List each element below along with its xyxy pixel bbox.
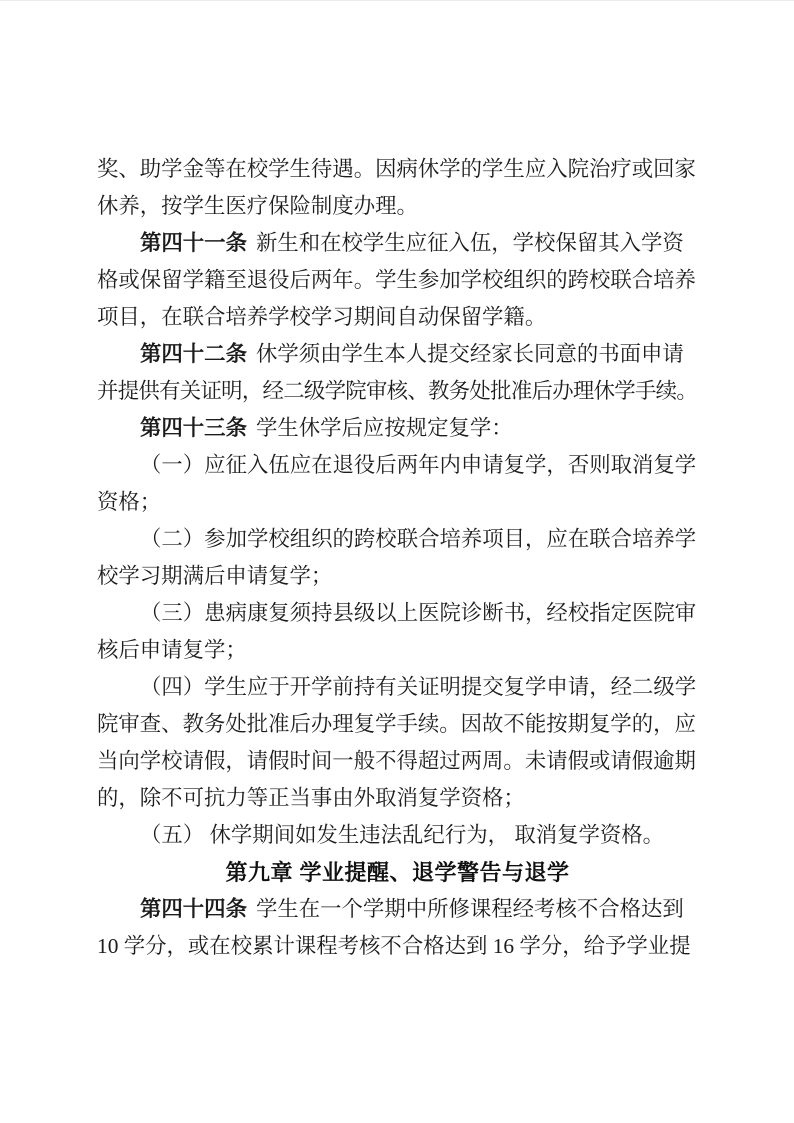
line-text: 并提供有关证明，经二级学院审核、教务处批准后办理休学手续。	[97, 379, 697, 403]
line-text: 学生休学后应按规定复学：	[256, 416, 513, 440]
line-text: 休养，按学生医疗保险制度办理。	[97, 194, 418, 218]
line-text: （三）患病康复须持县级以上医院诊断书，经校指定医院审	[140, 601, 696, 625]
line-text: （五） 休学期间如发生违法乱纪行为， 取消复学资格。	[140, 823, 664, 847]
text-line: 格或保留学籍至退役后两年。学生参加学校组织的跨校联合培养	[97, 262, 698, 299]
text-line: 第四十三条学生休学后应按规定复学：	[97, 410, 698, 447]
document-page: 奖、助学金等在校学生待遇。因病休学的学生应入院治疗或回家 休养，按学生医疗保险制…	[0, 0, 794, 1123]
document-body: 奖、助学金等在校学生待遇。因病休学的学生应入院治疗或回家 休养，按学生医疗保险制…	[97, 151, 698, 965]
line-text: （一）应征入伍应在退役后两年内申请复学，否则取消复学	[140, 453, 696, 477]
text-line: 校学习期满后申请复学；	[97, 558, 698, 595]
article-number: 第四十一条	[140, 231, 247, 255]
text-line: 休养，按学生医疗保险制度办理。	[97, 188, 698, 225]
text-line: 第四十四条学生在一个学期中所修课程经考核不合格达到	[97, 891, 698, 928]
article-number: 第四十四条	[140, 897, 247, 921]
text-line: 奖、助学金等在校学生待遇。因病休学的学生应入院治疗或回家	[97, 151, 698, 188]
line-text: 10 学分，或在校累计课程考核不合格达到 16 学分，给予学业提	[97, 934, 691, 958]
line-text: （二）参加学校组织的跨校联合培养项目，应在联合培养学	[140, 527, 696, 551]
line-text: （四）学生应于开学前持有关证明提交复学申请，经二级学	[140, 675, 696, 699]
line-text: 学生在一个学期中所修课程经考核不合格达到	[256, 897, 684, 921]
article-number: 第四十三条	[140, 416, 247, 440]
text-line: （五） 休学期间如发生违法乱纪行为， 取消复学资格。	[97, 817, 698, 854]
chapter-heading: 第九章 学业提醒、退学警告与退学	[97, 854, 698, 891]
text-line: 项目，在联合培养学校学习期间自动保留学籍。	[97, 299, 698, 336]
line-text: 当向学校请假，请假时间一般不得超过两周。未请假或请假逾期	[97, 749, 696, 773]
chapter-heading-text: 第九章 学业提醒、退学警告与退学	[225, 860, 569, 885]
line-text: 核后申请复学；	[97, 638, 247, 662]
text-line: 院审查、教务处批准后办理复学手续。因故不能按期复学的，应	[97, 706, 698, 743]
line-text: 院审查、教务处批准后办理复学手续。因故不能按期复学的，应	[97, 712, 696, 736]
text-line: （二）参加学校组织的跨校联合培养项目，应在联合培养学	[97, 521, 698, 558]
text-line: （三）患病康复须持县级以上医院诊断书，经校指定医院审	[97, 595, 698, 632]
text-line: 10 学分，或在校累计课程考核不合格达到 16 学分，给予学业提	[97, 928, 698, 965]
text-line: 并提供有关证明，经二级学院审核、教务处批准后办理休学手续。	[97, 373, 698, 410]
text-line: 核后申请复学；	[97, 632, 698, 669]
article-number: 第四十二条	[140, 342, 247, 366]
text-line: 第四十二条休学须由学生本人提交经家长同意的书面申请	[97, 336, 698, 373]
line-text: 项目，在联合培养学校学习期间自动保留学籍。	[97, 305, 546, 329]
line-text: 格或保留学籍至退役后两年。学生参加学校组织的跨校联合培养	[97, 268, 696, 292]
line-text: 奖、助学金等在校学生待遇。因病休学的学生应入院治疗或回家	[97, 157, 696, 181]
text-line: 的，除不可抗力等正当事由外取消复学资格；	[97, 780, 698, 817]
text-line: 第四十一条新生和在校学生应征入伍，学校保留其入学资	[97, 225, 698, 262]
line-text: 资格；	[97, 490, 161, 514]
text-line: （一）应征入伍应在退役后两年内申请复学，否则取消复学	[97, 447, 698, 484]
text-line: 当向学校请假，请假时间一般不得超过两周。未请假或请假逾期	[97, 743, 698, 780]
text-line: （四）学生应于开学前持有关证明提交复学申请，经二级学	[97, 669, 698, 706]
line-text: 校学习期满后申请复学；	[97, 564, 332, 588]
text-line: 资格；	[97, 484, 698, 521]
line-text: 休学须由学生本人提交经家长同意的书面申请	[256, 342, 684, 366]
line-text: 新生和在校学生应征入伍，学校保留其入学资	[256, 231, 684, 255]
line-text: 的，除不可抗力等正当事由外取消复学资格；	[97, 786, 525, 810]
